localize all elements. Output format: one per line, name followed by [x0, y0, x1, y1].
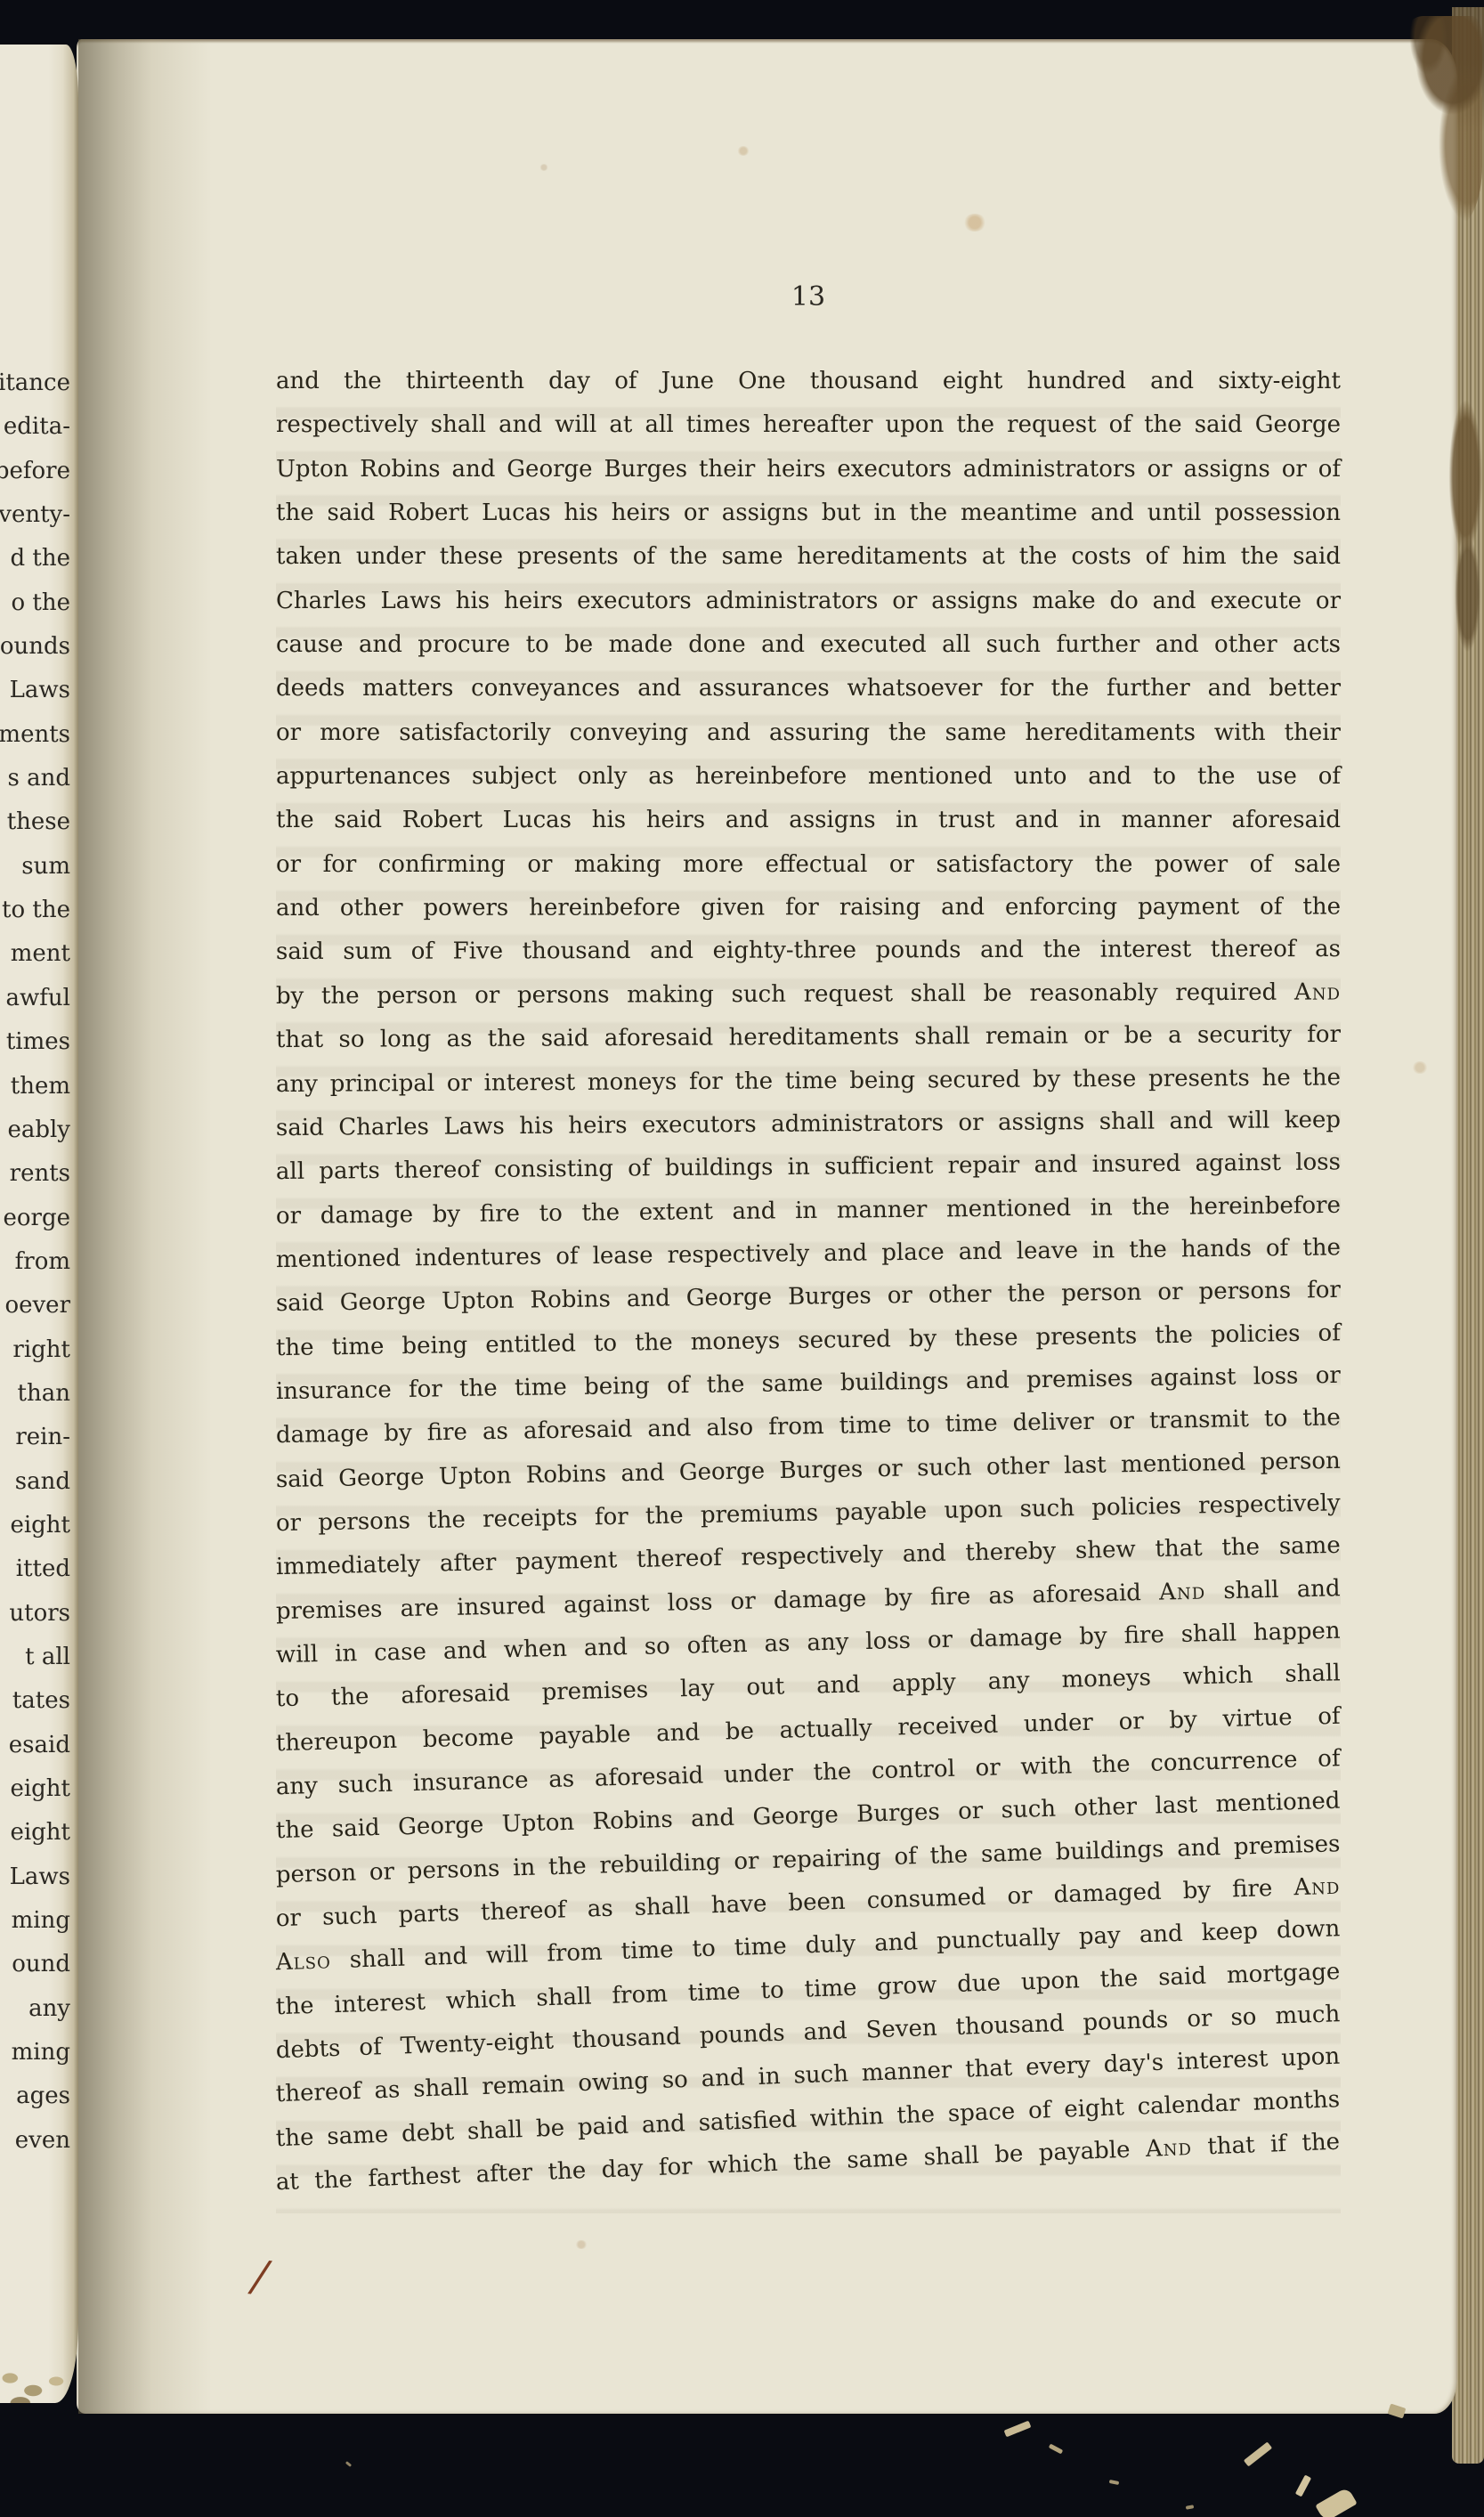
small-caps-word: And — [1294, 978, 1341, 1005]
foxing-spot — [1412, 1061, 1428, 1074]
fragment-line: Laws — [0, 1855, 70, 1899]
small-caps-word: And — [1293, 1873, 1341, 1902]
document-page: 13 and the thirteenth day of June One th… — [77, 39, 1457, 2414]
paper-debris-speck — [1315, 2487, 1357, 2517]
text-line: Upton Robins and George Burges their hei… — [276, 448, 1341, 491]
text-line: Charles Laws his heirs executors adminis… — [276, 580, 1341, 623]
deed-text-block: and the thirteenth day of June One thous… — [276, 360, 1341, 2204]
fragment-line: rents — [0, 1152, 70, 1196]
text-line: deeds matters conveyances and assurances… — [276, 667, 1341, 710]
fragment-line: eight — [0, 1504, 70, 1547]
paper-debris-speck — [1244, 2441, 1272, 2466]
text-line: or for confirming or making more effectu… — [276, 843, 1341, 887]
fragment-line: itted — [0, 1547, 70, 1591]
text-line: that so long as the said aforesaid hered… — [276, 1013, 1341, 1062]
fragment-line: any — [0, 1987, 70, 2031]
fragment-line: eight — [0, 1767, 70, 1811]
fragment-line: before — [0, 450, 70, 493]
paper-debris-speck — [1049, 2444, 1063, 2455]
text-line: the said Robert Lucas his heirs or assig… — [276, 491, 1341, 535]
fragment-line: ment — [0, 932, 70, 976]
handwritten-slash-annotation: / — [250, 2251, 270, 2302]
fragment-line: sand — [0, 1460, 70, 1504]
text-line: appurtenances subject only as hereinbefo… — [276, 755, 1341, 799]
text-line: respectively shall and will at all times… — [276, 403, 1341, 447]
fragment-line: times — [0, 1020, 70, 1064]
paper-debris-speck — [1004, 2421, 1032, 2438]
page-number: 13 — [276, 281, 1341, 313]
fragment-line: than — [0, 1372, 70, 1416]
text-line: the said Robert Lucas his heirs and assi… — [276, 799, 1341, 842]
paper-debris-speck — [1186, 2505, 1195, 2510]
small-caps-word: And — [1159, 1578, 1206, 1605]
text-line: said sum of Five thousand and eighty-thr… — [276, 928, 1341, 974]
small-caps-word: Also — [275, 1948, 331, 1977]
foxing-spot — [575, 2240, 588, 2249]
fragment-line: rein- — [0, 1416, 70, 1459]
text-line: by the person or persons making such req… — [276, 970, 1341, 1019]
paper-debris-speck — [345, 2461, 352, 2467]
fragment-line: eorge — [0, 1197, 70, 1240]
text-line: and the thirteenth day of June One thous… — [276, 360, 1341, 403]
text-line: taken under these presents of the same h… — [276, 535, 1341, 579]
fragment-line: Laws — [0, 669, 70, 712]
fragment-line: eight — [0, 1811, 70, 1855]
fragment-line: t all — [0, 1636, 70, 1679]
text-line: cause and procure to be made done and ex… — [276, 623, 1341, 667]
fragment-line: d the — [0, 537, 70, 581]
foxing-spot — [963, 214, 986, 231]
fragment-line: from — [0, 1240, 70, 1284]
fragment-line: ming — [0, 1899, 70, 1943]
fragment-line: oever — [0, 1284, 70, 1328]
fragment-line: these — [0, 800, 70, 844]
fragment-line: o the — [0, 581, 70, 625]
paper-debris-speck — [1295, 2475, 1311, 2497]
fragment-line: sum — [0, 845, 70, 889]
fragment-line: ments — [0, 713, 70, 757]
fragment-line: s and — [0, 757, 70, 800]
foxing-spot — [539, 164, 548, 171]
facing-page-sliver: itanceedita-beforeventy-d theo theoundsL… — [0, 45, 78, 2403]
text-line: or more satisfactorily conveying and ass… — [276, 711, 1341, 755]
fragment-line: itance — [0, 361, 70, 405]
fragment-line: esaid — [0, 1724, 70, 1767]
fragment-line: even — [0, 2119, 70, 2163]
fragment-line: them — [0, 1065, 70, 1108]
fragment-line: utors — [0, 1592, 70, 1636]
text-line: and other powers hereinbefore given for … — [276, 886, 1341, 931]
fragment-line: right — [0, 1328, 70, 1372]
fragment-line: awful — [0, 977, 70, 1020]
paper-debris-speck — [1109, 2480, 1120, 2485]
facing-page-text-fragments: itanceedita-beforeventy-d theo theoundsL… — [0, 361, 70, 2163]
fragment-line: venty- — [0, 493, 70, 537]
fragment-line: ounds — [0, 625, 70, 669]
open-book-photo: 13 and the thirteenth day of June One th… — [0, 0, 1484, 2517]
foxing-spot — [737, 146, 750, 156]
fragment-line: edita- — [0, 405, 70, 449]
fragment-line: ages — [0, 2074, 70, 2118]
fragment-line: to the — [0, 889, 70, 932]
fragment-line: ound — [0, 1943, 70, 1986]
fragment-line: tates — [0, 1679, 70, 1723]
fragment-line: ming — [0, 2031, 70, 2074]
fragment-line: eably — [0, 1108, 70, 1152]
small-caps-word: And — [1145, 2134, 1192, 2163]
